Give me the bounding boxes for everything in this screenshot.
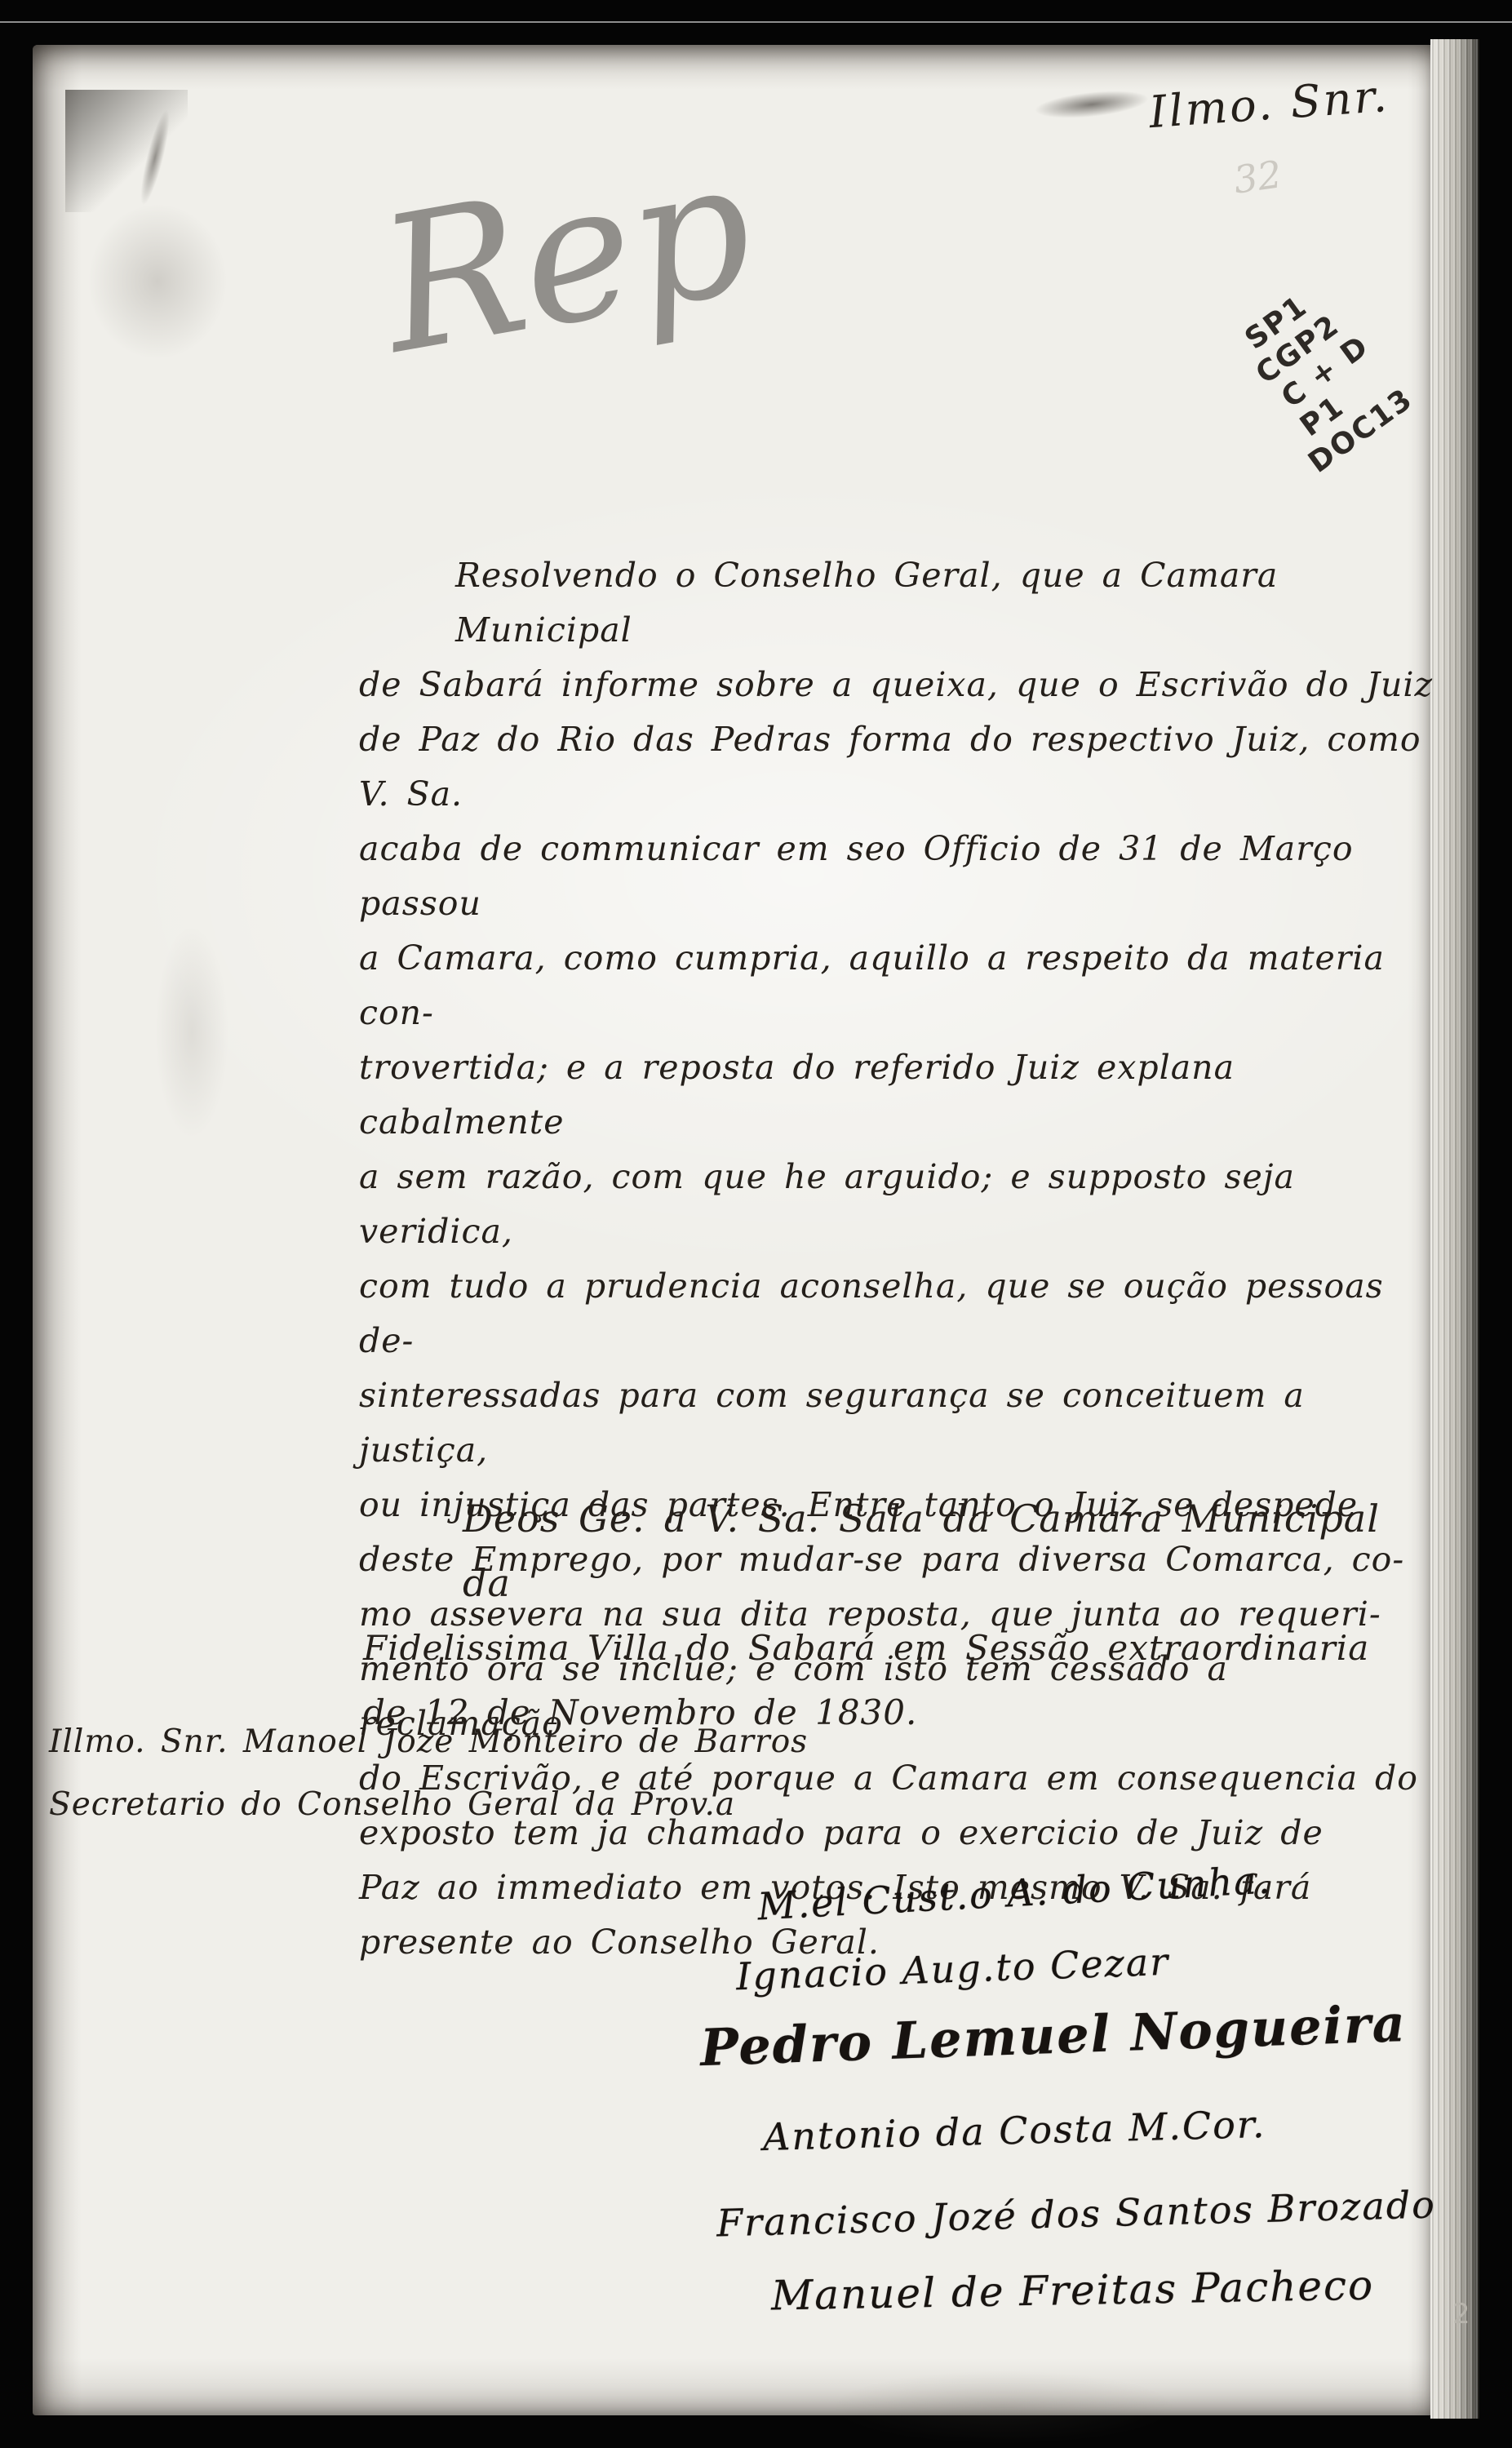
corner-fold-shadow [65,90,188,212]
paper-stain [832,2370,1175,2444]
body-line: a sem razão, com que he arguido; e suppo… [359,1150,1448,1259]
body-line: com tudo a prudencia aconselha, que se o… [359,1259,1448,1368]
edge-pencil-number: 2 [1452,2298,1470,2330]
addressee-block: Illmo. Snr. Manoel Joze Monteiro de Barr… [49,1710,808,1836]
addressee-line: Illmo. Snr. Manoel Joze Monteiro de Barr… [49,1710,808,1773]
body-line: de Paz do Rio das Pedras forma do respec… [359,712,1448,822]
addressee-line: Secretario do Conselho Geral da Prov.a [49,1773,808,1836]
body-line: trovertida; e a reposta do referido Juiz… [359,1040,1448,1150]
paper-stain [88,204,227,359]
body-line: de Sabará informe sobre a queixa, que o … [359,658,1448,712]
pencil-page-number: 32 [1231,152,1284,202]
paper-stain [155,926,228,1138]
scanner-artifact-line [0,21,1512,23]
closing-line: Fidelissima Villa do Sabará em Sessão ex… [363,1616,1440,1680]
body-line: a Camara, como cumpria, aquillo a respei… [359,931,1448,1040]
top-edge-ink-mark [1034,86,1150,122]
body-line: sinteressadas para com segurança se conc… [359,1368,1448,1478]
document-scan: Ilmo. Snr. 32 Rep SP1 CGP2 C + D P1 DOC1… [0,0,1512,2448]
closing-line: Deos Ge. a V. Sa. Sala da Camara Municip… [363,1487,1440,1616]
body-line: acaba de communicar em seo Officio de 31… [359,822,1448,931]
body-line: Resolvendo o Conselho Geral, que a Camar… [359,548,1448,658]
letter-closing: Deos Ge. a V. Sa. Sala da Camara Municip… [363,1487,1440,1745]
